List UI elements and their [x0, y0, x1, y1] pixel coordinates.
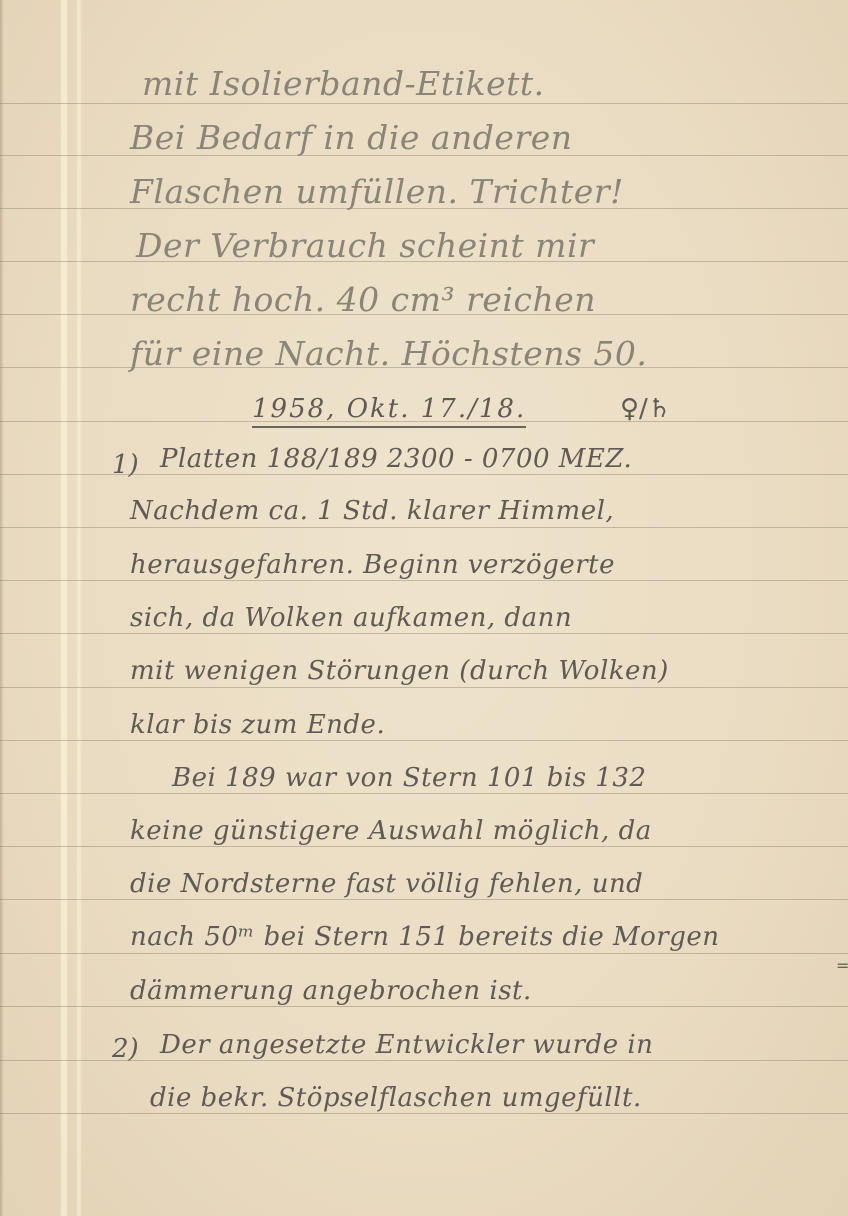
pencil-line: für eine Nacht. Höchstens 50. — [130, 334, 647, 373]
ink-line: Bei 189 war von Stern 101 bis 132 — [172, 763, 646, 793]
pencil-line: Der Verbrauch scheint mir — [136, 226, 594, 265]
item-number: 2) — [112, 1034, 139, 1064]
weekday-planet-symbols: ♀/♄ — [620, 394, 671, 424]
pencil-line: Bei Bedarf in die anderen — [130, 118, 573, 157]
ruling-line — [0, 687, 848, 688]
ruling-line — [0, 953, 848, 954]
ink-line: die bekr. Stöpselflaschen umgefüllt. — [150, 1083, 642, 1113]
ruling-line — [0, 846, 848, 847]
ink-line: keine günstigere Auswahl möglich, da — [130, 816, 652, 846]
ink-line: die Nordsterne fast völlig fehlen, und — [130, 869, 643, 899]
ink-line: Der angesetzte Entwickler wurde in — [160, 1030, 653, 1060]
ink-line: herausgefahren. Beginn verzögerte — [130, 550, 615, 580]
pencil-line: Flaschen umfüllen. Trichter! — [130, 172, 624, 211]
ruling-line — [0, 740, 848, 741]
ruling-line — [0, 580, 848, 581]
ruling-line — [0, 1113, 848, 1114]
ink-line: klar bis zum Ende. — [130, 710, 385, 740]
ink-line: Nachdem ca. 1 Std. klarer Himmel, — [130, 496, 614, 526]
ruling-line — [0, 899, 848, 900]
notebook-page: mit Isolierband-Etikett. Bei Bedarf in d… — [0, 0, 848, 1216]
entry-date-heading: 1958, Okt. 17./18. — [252, 394, 526, 428]
ruling-line — [0, 633, 848, 634]
ink-line: Platten 188/189 2300 - 0700 MEZ. — [160, 444, 632, 474]
ink-line: nach 50ᵐ bei Stern 151 bereits die Morge… — [130, 922, 720, 952]
pencil-line: recht hoch. 40 cm³ reichen — [130, 280, 596, 319]
ruling-line — [0, 1006, 848, 1007]
ruling-line — [0, 793, 848, 794]
ruling-line — [0, 527, 848, 528]
pencil-line: mit Isolierband-Etikett. — [142, 64, 545, 103]
hyphenation-mark: = — [836, 956, 848, 975]
ink-line: sich, da Wolken aufkamen, dann — [130, 603, 572, 633]
item-number: 1) — [112, 450, 139, 480]
ink-line: mit wenigen Störungen (durch Wolken) — [130, 656, 669, 686]
ink-line: dämmerung angebrochen ist. — [130, 976, 532, 1006]
ruling-line — [0, 103, 848, 104]
